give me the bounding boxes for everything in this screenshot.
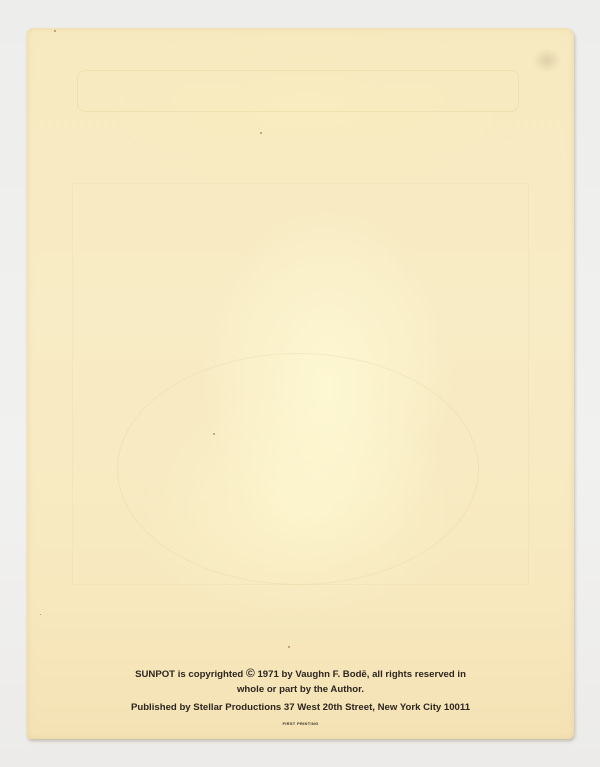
copyright-text-end: 1971 by Vaughn F. Bodē, all rights reser… (257, 669, 465, 680)
copyright-line-2: whole or part by the Author. (27, 682, 574, 697)
publisher-line: Published by Stellar Productions 37 West… (27, 700, 574, 715)
publication-credits: SUNPOT is copyrighted © 1971 by Vaughn F… (27, 666, 574, 727)
copyright-line: SUNPOT is copyrighted © 1971 by Vaughn F… (27, 666, 574, 682)
copyright-text-start: SUNPOT is copyrighted (135, 669, 243, 680)
paper-speck (260, 132, 262, 134)
show-through-title-frame (77, 70, 519, 112)
paper-speck (40, 614, 41, 615)
paper-speck (213, 433, 215, 435)
show-through-art-circle (117, 353, 479, 585)
paper-speck (288, 646, 290, 648)
corner-smudge (532, 48, 562, 73)
paper-speck (54, 30, 56, 32)
back-cover-page: SUNPOT is copyrighted © 1971 by Vaughn F… (27, 28, 574, 739)
printing-note: FIRST PRINTING (27, 721, 574, 727)
copyright-icon: © (246, 666, 255, 680)
